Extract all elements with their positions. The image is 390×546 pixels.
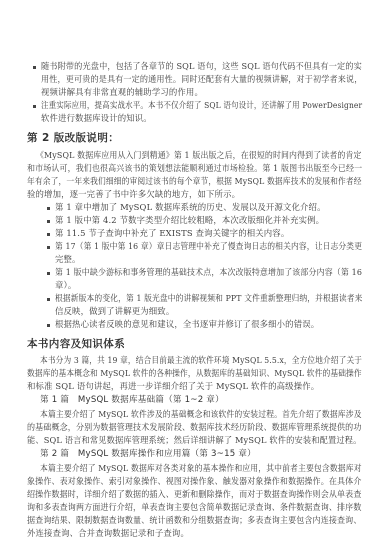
content-paragraph-line-1: 本书分为 3 篇，共 19 章，结合目前最主流的软件环境 MySQL 5.5.x… (40, 354, 362, 367)
intro-bullet-1-line-2: 用性，更可贵的是具有一定的通用性。同时还配套有大量的视频讲解，对于初学者来说， (41, 73, 363, 86)
revision-bullet-1: 第 1 章中增加了 MySQL 数据库系统的历史、发展以及开源文化介绍。 (55, 201, 326, 214)
document-page: 随书附带的光盘中，包括了各章节的 SQL 语句，这些 SQL 语句代码不但具有一… (0, 0, 390, 546)
part-1-line-3: 能、SQL 语言和常见数据库管理系统；然后详细讲解了 MySQL 软件的安装和配… (27, 434, 361, 447)
intro-bullet-2-line-2: 软件进行数据库设计的知识。 (41, 112, 152, 125)
revision-bullet-4-line-1: 第 17（第 1 版中第 16 章）章日志管理中补充了慢查询日志的相关内容，让日… (55, 240, 362, 253)
section-heading-revision: 第 2 版改版说明： (27, 130, 119, 145)
bullet-marker (47, 272, 50, 275)
content-paragraph-line-3: 和标准 SQL 语句讲起，再进一步详细介绍了关于 MySQL 软件的高级操作。 (27, 380, 319, 393)
bullet-marker (47, 220, 50, 223)
revision-bullet-5-line-1: 第 1 版中缺少游标和事务管理的基础技术点，本次改版特意增加了该部分内容（第 1… (55, 266, 362, 279)
part-2-title: 第 2 篇 MySQL 数据库操作和应用篇（第 3~15 章） (40, 447, 256, 459)
revision-paragraph-line-1: 《MySQL 数据库应用从入门到精通》第 1 版出版之后，在很短的时间内得到了读… (36, 149, 362, 162)
intro-bullet-2-line-1: 注重实际应用，提高实战水平。本书不仅介绍了 SQL 语句设计，还讲解了用 Pow… (41, 99, 362, 112)
revision-bullet-6-line-2: 信反映，做到了讲解更为细致。 (55, 305, 174, 318)
revision-paragraph-line-2: 和市场认可，我们也很高兴该书的策划想法能顺利通过市场检验。第 1 版图书出版至今… (27, 162, 362, 175)
part-2-line-2: 象操作、表对象操作、索引对象操作、视图对操作象、触发器对象操作和数据操作。在具体… (27, 475, 362, 488)
bullet-marker (47, 233, 50, 236)
revision-bullet-2: 第 1 版中第 4.2 节数字类型介绍比较粗略，本次改版细化并补充实例。 (55, 214, 324, 227)
revision-bullet-3: 第 11.5 节子查询中补充了 EXISTS 查询关键字的相关内容。 (55, 227, 289, 240)
bullet-marker (47, 207, 50, 210)
bullet-marker (33, 105, 36, 108)
part-1-line-2: 的基础概念，分别为数据管理技术发展阶段、数据库技术经历阶段、数据库管理系统提供的… (27, 421, 362, 434)
revision-bullet-4-line-2: 完整。 (55, 253, 81, 266)
part-2-line-6: 外连接查询、合并查询数据记录和子查询。 (27, 527, 189, 540)
bullet-marker (33, 66, 36, 69)
section-heading-content: 本书内容及知识体系 (27, 336, 125, 351)
revision-paragraph-line-3: 年有余了，一年来我们细细的审阅过该书的每个章节，根据 MySQL 数据库技术的发… (27, 175, 362, 188)
bullet-marker (47, 246, 50, 249)
bullet-marker (47, 324, 50, 327)
part-2-line-1: 本篇主要介绍了 MySQL 数据库对各类对象的基本操作和应用，其中前者主要包含数… (40, 462, 362, 475)
part-2-line-4: 询和多表查询两方面进行介绍，单表查询主要包含简单数据记录查询、条件数据查询、排序… (27, 501, 362, 514)
bullet-marker (47, 298, 50, 301)
revision-bullet-7: 根据热心读者反映的意见和建议，全书逐审并修订了很多细小的错误。 (55, 318, 319, 331)
part-2-line-3: 绍操作数据时，详细介绍了数据的插入、更新和删除操作，而对于数据查询操作则会从单表… (27, 488, 362, 501)
part-1-line-1: 本篇主要介绍了 MySQL 软件涉及的基础概念和该软件的安装过程。首先介绍了数据… (40, 408, 362, 421)
revision-paragraph-line-4: 验的增加，逐一完善了书中许多欠缺的地方，如下所示。 (27, 188, 240, 201)
revision-bullet-6-line-1: 根据新版本的变化，第 1 版光盘中的讲解视频和 PPT 文件重新整理归纳，并根据… (55, 292, 362, 305)
intro-bullet-1-line-1: 随书附带的光盘中，包括了各章节的 SQL 语句，这些 SQL 语句代码不但具有一… (41, 60, 362, 73)
part-1-title: 第 1 篇 MySQL 数据库基础篇（第 1~2 章） (40, 393, 224, 405)
content-paragraph-line-2: 数据库的基本概念和 MySQL 软件的各种操作，从数据库的基础知识、MySQL … (27, 367, 362, 380)
part-2-line-5: 据查询结果、限制数据查询数量、统计函数和分组数据查询；多表查询主要包含内连接查询… (27, 514, 362, 527)
revision-bullet-5-line-2: 章）。 (55, 279, 76, 292)
intro-bullet-1-line-3: 视频讲解具有非常直观的辅助学习的作用。 (41, 86, 203, 99)
